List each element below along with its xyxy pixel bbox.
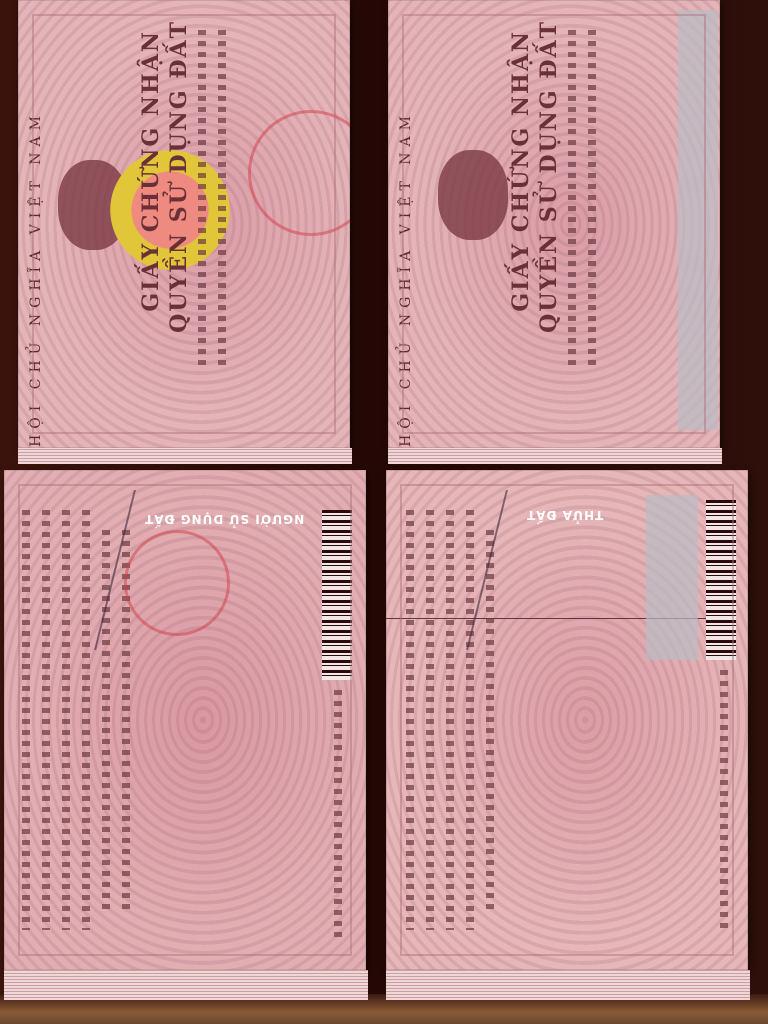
subtitle-text: QUYỀN SỬ DỤNG ĐẤT — [536, 20, 562, 333]
page-stack-edge — [18, 448, 352, 464]
text-column — [42, 510, 50, 930]
section-label: NGƯỜI SỬ DỤNG ĐẤT — [144, 512, 304, 526]
page-stack-edge — [386, 970, 750, 1000]
page-stack-edge — [4, 970, 368, 1000]
divider-line — [386, 618, 726, 619]
text-column — [82, 510, 90, 930]
text-column — [334, 690, 342, 940]
text-column — [486, 530, 494, 910]
text-column — [22, 510, 30, 930]
certificate-page-top-right: CỘNG HÒA XÃ HỘI CHỦ NGHĨA VIỆT NAM GIẤY … — [388, 0, 720, 448]
title-text: GIẤY CHỨNG NHẬN — [138, 30, 164, 312]
red-seal — [248, 110, 350, 236]
text-column — [466, 510, 474, 930]
red-seal — [124, 530, 230, 636]
barcode — [322, 510, 352, 680]
text-column — [426, 510, 434, 930]
national-emblem-icon — [110, 150, 230, 270]
emblem-shadow — [58, 160, 128, 250]
page-stack-edge — [388, 448, 722, 464]
text-column — [406, 510, 414, 930]
certificate-page-top-left: CỘNG HÒA XÃ HỘI CHỦ NGHĨA VIỆT NAM GIẤY … — [18, 0, 350, 448]
side-panel — [678, 10, 718, 430]
national-emblem-icon — [438, 150, 508, 240]
photo-panel — [646, 495, 698, 660]
text-column — [218, 30, 226, 370]
certificate-page-bottom-left: NGƯỜI SỬ DỤNG ĐẤT — [4, 470, 366, 970]
text-column — [62, 510, 70, 930]
subtitle-text: QUYỀN SỬ DỤNG ĐẤT — [166, 20, 192, 333]
text-column — [102, 530, 110, 910]
text-column — [446, 510, 454, 930]
text-column — [198, 30, 206, 370]
text-column — [568, 30, 576, 370]
barcode — [706, 500, 736, 660]
certificate-page-bottom-right: THỬA ĐẤT — [386, 470, 748, 970]
signature — [94, 490, 136, 650]
heading-text: CỘNG HÒA XÃ HỘI CHỦ NGHĨA VIỆT NAM — [398, 110, 414, 448]
heading-text: CỘNG HÒA XÃ HỘI CHỦ NGHĨA VIỆT NAM — [28, 110, 44, 448]
text-column — [588, 30, 596, 370]
signature — [466, 490, 508, 650]
section-label: THỬA ĐẤT — [526, 508, 603, 522]
title-text: GIẤY CHỨNG NHẬN — [508, 30, 534, 312]
text-column — [122, 530, 130, 910]
text-column — [720, 670, 728, 930]
